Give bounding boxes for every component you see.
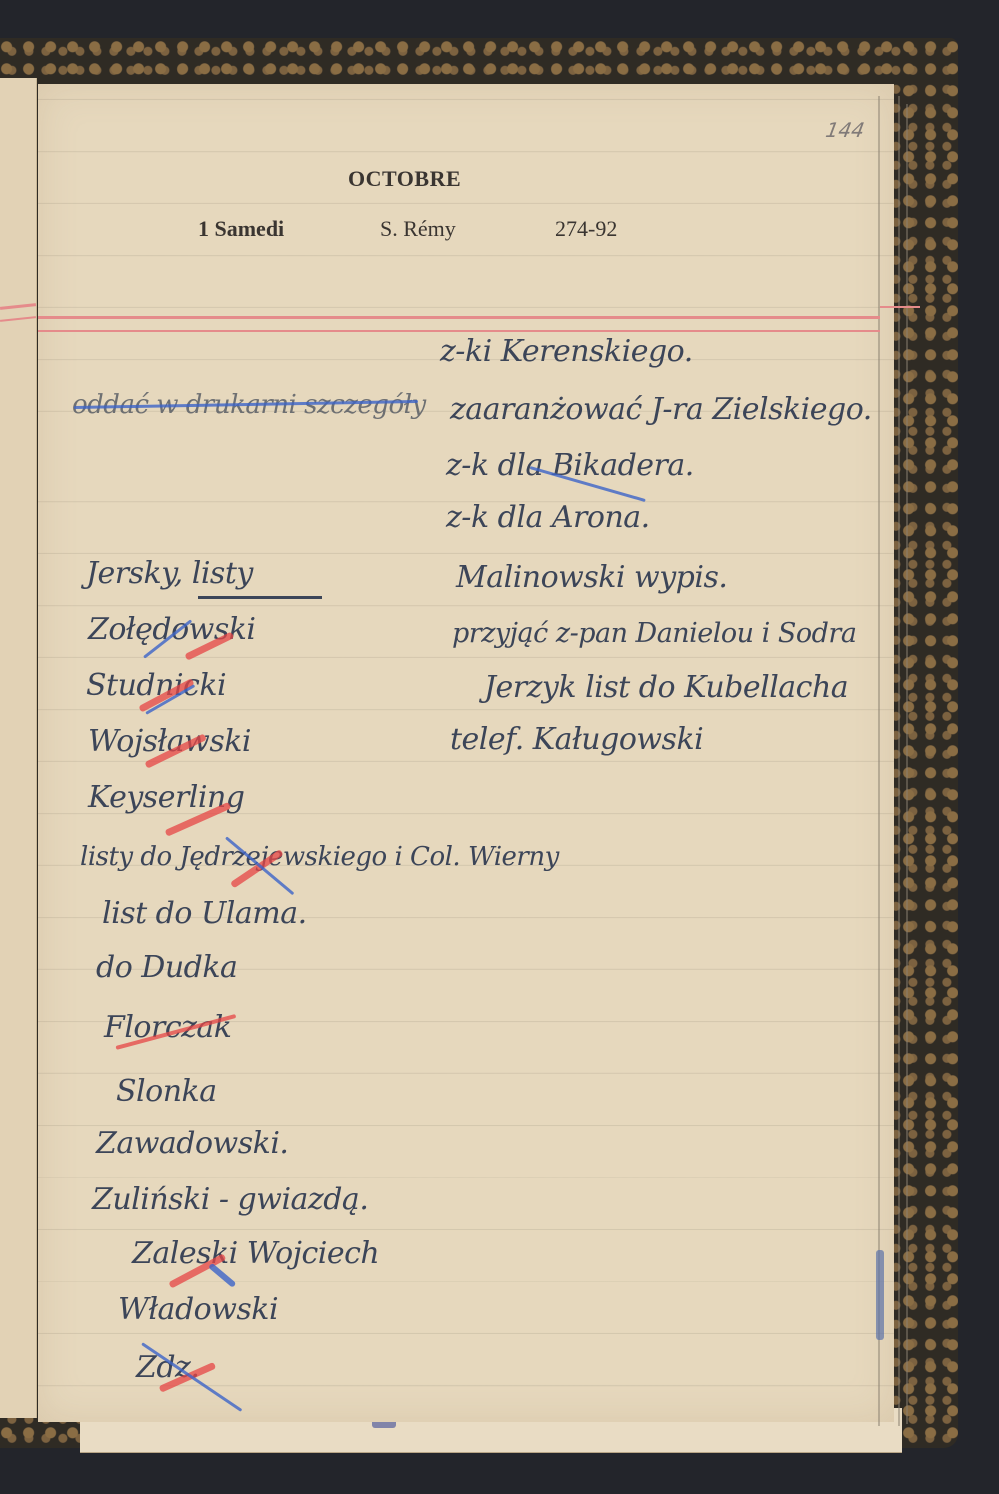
entry-right-4: z-k dla Arona. bbox=[446, 500, 650, 535]
day-count: 274-92 bbox=[555, 216, 617, 242]
entry-left-11: Slonka bbox=[116, 1074, 217, 1109]
red-rule bbox=[38, 330, 880, 332]
entry-right-8: telef. Kaługowski bbox=[450, 722, 703, 757]
entry-left-10: Florczak bbox=[104, 1010, 231, 1045]
page-edge-line bbox=[878, 96, 880, 1426]
entry-right-7: Jerzyk list do Kubellacha bbox=[484, 670, 848, 705]
entry-right-6: przyjąć z-pan Danielou i Sodra bbox=[452, 618, 856, 649]
entry-right-1: z-ki Kerenskiego. bbox=[440, 334, 693, 369]
red-rule bbox=[38, 316, 880, 319]
saint-of-day: S. Rémy bbox=[380, 216, 456, 242]
ink-bleed bbox=[876, 1250, 884, 1340]
page-edge-line bbox=[898, 96, 900, 1426]
entry-left-2: Jersky, listy bbox=[86, 556, 253, 591]
entry-left-9: do Dudka bbox=[96, 950, 237, 985]
page-edge-line bbox=[906, 104, 908, 1424]
entry-left-14: Zaleski Wojciech bbox=[132, 1236, 379, 1271]
day-of-week: 1 Samedi bbox=[198, 216, 284, 242]
entry-left-12: Zawadowski. bbox=[96, 1126, 288, 1161]
entry-left-7: listy do Jędrzejewskiego i Col. Wierny bbox=[80, 842, 559, 872]
entry-left-3: Zołędowski bbox=[88, 612, 256, 647]
red-rule bbox=[880, 306, 920, 308]
underline bbox=[198, 596, 322, 599]
entry-right-5: Malinowski wypis. bbox=[456, 560, 727, 595]
entry-left-13: Zuliński - gwiazdą. bbox=[92, 1182, 368, 1217]
page-number: 144 bbox=[824, 118, 866, 142]
month-heading: OCTOBRE bbox=[348, 166, 461, 192]
entry-right-2: zaaranżować J-ra Zielskiego. bbox=[450, 392, 872, 427]
entry-left-15: Władowski bbox=[118, 1292, 278, 1327]
facing-page-edge bbox=[0, 78, 37, 1418]
entry-left-8: list do Ulama. bbox=[102, 896, 307, 931]
